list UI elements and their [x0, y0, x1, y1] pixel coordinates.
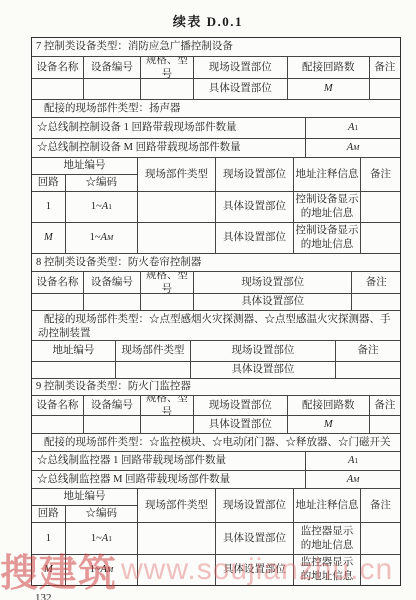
addr-info-line1: 控制设备显示 [295, 224, 358, 238]
capacityM-value: AM [306, 471, 400, 488]
section8-address-header-row: 地址编号 现场部件类型 现场设置部位 备注 [32, 341, 400, 362]
value-M: M [324, 82, 333, 96]
addr-info-header: 地址注释信息 [294, 489, 361, 522]
subscript-1: 1 [108, 203, 112, 211]
section9-address-row-1: 1 1~A1 具体设置部位 监控器显示 的地址信息 [32, 523, 400, 555]
empty-cell [352, 294, 399, 310]
note-header: 备注 [336, 341, 400, 361]
addr-no-header: 地址编号 [32, 489, 137, 506]
site-location-header: 现场设置部位 [191, 341, 336, 361]
section8-title-row: 8 控制类设备类型：防火卷帘控制器 [32, 254, 400, 272]
section7-parts-text: 配接的现场部件类型：扬声器 [32, 100, 400, 117]
site-location-header: 现场设置部位 [194, 396, 288, 415]
note-header: 备注 [370, 57, 400, 78]
specific-location-cell: 具体设置部位 [194, 294, 353, 310]
loop-value: 1 [32, 523, 66, 554]
addr-no-header: 地址编号 [32, 158, 137, 175]
empty-cell [141, 416, 194, 433]
loop-value: M [32, 223, 66, 253]
section8-parts-row: 配接的现场部件类型：☆点型感烟火灾探测器、☆点型感温火灾探测器、手动控制装置 [32, 311, 400, 341]
capacity1-label: ☆总线制控制设备 1 回路带载现场部件数量 [32, 118, 306, 138]
subscript-M: M [107, 566, 113, 574]
range-prefix: 1~ [90, 231, 101, 245]
section9-address-header-row: 地址编号 回路 ☆编码 现场部件类型 现场设置部位 地址注释信息 备注 [32, 489, 400, 523]
equip-name-header: 设备名称 [32, 396, 84, 415]
specific-location-cell: 具体设置部位 [216, 523, 294, 554]
empty-cell [361, 223, 400, 253]
empty-cell [361, 555, 400, 585]
part-type-header: 现场部件类型 [116, 341, 191, 361]
site-location-header: 现场设置部位 [216, 158, 294, 191]
equip-name-header: 设备名称 [32, 57, 84, 78]
part-type-header: 现场部件类型 [138, 489, 216, 522]
addr-info-cell: 监控器显示 的地址信息 [294, 523, 361, 554]
value-M: M [324, 418, 333, 432]
empty-cell [361, 523, 400, 554]
addr-no-subheaders: 回路 ☆编码 [32, 175, 137, 192]
empty-cell [141, 294, 194, 310]
section9-equipment-value-row: 具体设置部位 M [32, 416, 400, 434]
equip-no-header: 设备编号 [84, 57, 141, 78]
spec-model-header: 规格、型号 [141, 272, 194, 293]
code-subheader: ☆编码 [66, 506, 137, 523]
code-range-cell: 1~AM [66, 555, 138, 585]
empty-cell [84, 79, 141, 99]
section7-title: 7 控制类设备类型：消防应急广播控制设备 [32, 38, 400, 56]
section7-address-row-M: M 1~AM 具体设置部位 控制设备显示 的地址信息 [32, 223, 400, 254]
note-header: 备注 [361, 158, 400, 191]
empty-cell [361, 192, 400, 222]
capacity1-label: ☆总线制监控器 1 回路带载现场部件数量 [32, 452, 306, 470]
section9-parts-row: 配接的现场部件类型：☆监控模块、☆电动闭门器、☆释放器、☆门磁开关 [32, 434, 400, 452]
empty-cell [32, 79, 84, 99]
empty-cell [84, 416, 141, 433]
section9-equipment-header-row: 设备名称 设备编号 规格、型号 现场设置部位 配接回路数 备注 [32, 396, 400, 416]
addr-info-cell: 监控器显示 的地址信息 [294, 555, 361, 585]
empty-cell [32, 294, 84, 310]
code-range-cell: 1~A1 [66, 192, 138, 222]
section7-equipment-value-row: 具体设置部位 M [32, 79, 400, 100]
addr-no-header: 地址编号 [32, 341, 116, 361]
subscript-M: M [107, 234, 113, 242]
note-header: 备注 [361, 489, 400, 522]
note-header: 备注 [352, 272, 399, 293]
empty-cell [336, 362, 400, 378]
section7-address-header-row: 地址编号 回路 ☆编码 现场部件类型 现场设置部位 地址注释信息 备注 [32, 158, 400, 192]
capacity1-value: A1 [306, 452, 400, 470]
addr-info-line2: 的地址信息 [301, 238, 354, 252]
addr-info-header: 地址注释信息 [294, 158, 361, 191]
loop-count-header: 配接回路数 [288, 396, 370, 415]
part-type-header: 现场部件类型 [138, 158, 216, 191]
code-range-cell: 1~AM [66, 223, 138, 253]
section8-equipment-value-row: 具体设置部位 [32, 294, 400, 311]
subscript-1: 1 [108, 535, 112, 543]
loop-count-value: M [288, 416, 370, 433]
addr-info-line1: 监控器显示 [301, 556, 354, 570]
specific-location-cell: 具体设置部位 [216, 555, 294, 585]
empty-cell [138, 192, 216, 222]
specific-location-cell: 具体设置部位 [216, 192, 294, 222]
subscript-M: M [353, 144, 359, 152]
section7-address-row-1: 1 1~A1 具体设置部位 控制设备显示 的地址信息 [32, 192, 400, 223]
equip-no-header: 设备编号 [84, 396, 141, 415]
subscript-1: 1 [354, 124, 358, 132]
section9-capacity1-row: ☆总线制监控器 1 回路带载现场部件数量 A1 [32, 452, 400, 471]
note-header: 备注 [370, 396, 400, 415]
page-number: 132 [35, 592, 52, 600]
capacity1-value: A1 [306, 118, 400, 138]
section9-title-row: 9 控制类设备类型：防火门监控器 [32, 379, 400, 396]
section9-title: 9 控制类设备类型：防火门监控器 [32, 379, 400, 395]
range-prefix: 1~ [91, 200, 102, 214]
empty-cell [370, 79, 400, 99]
addr-no-group-header: 地址编号 回路 ☆编码 [32, 158, 138, 191]
specific-location-cell: 具体设置部位 [194, 79, 288, 99]
addr-info-cell: 控制设备显示 的地址信息 [294, 223, 361, 253]
empty-cell [138, 555, 216, 585]
capacityM-label: ☆总线制控制设备 M 回路带载现场部件数量 [32, 139, 306, 157]
addr-no-group-header: 地址编号 回路 ☆编码 [32, 489, 138, 522]
addr-info-line1: 监控器显示 [301, 525, 354, 539]
equip-no-header: 设备编号 [84, 272, 141, 293]
site-location-header: 现场设置部位 [194, 272, 353, 293]
capacityM-label: ☆总线制监控器 M 回路带载现场部件数量 [32, 471, 306, 488]
addr-info-line2: 的地址信息 [301, 207, 354, 221]
addr-info-line1: 控制设备显示 [295, 193, 358, 207]
section8-title: 8 控制类设备类型：防火卷帘控制器 [32, 254, 400, 271]
empty-cell [138, 223, 216, 253]
spec-model-header: 规格、型号 [141, 396, 194, 415]
section9-address-row-M: M 1~AM 具体设置部位 监控器显示 的地址信息 [32, 555, 400, 585]
spec-model-header: 规格、型号 [141, 57, 194, 78]
section7-capacity1-row: ☆总线制控制设备 1 回路带载现场部件数量 A1 [32, 118, 400, 139]
equip-name-header: 设备名称 [32, 272, 84, 293]
empty-cell [32, 416, 84, 433]
range-prefix: 1~ [90, 563, 101, 577]
empty-cell [116, 362, 191, 378]
section9-parts-text: 配接的现场部件类型：☆监控模块、☆电动闭门器、☆释放器、☆门磁开关 [32, 434, 400, 451]
section7-capacityM-row: ☆总线制控制设备 M 回路带载现场部件数量 AM [32, 139, 400, 158]
site-location-header: 现场设置部位 [194, 57, 288, 78]
addr-no-subheaders: 回路 ☆编码 [32, 506, 137, 523]
addr-info-line2: 的地址信息 [301, 570, 354, 584]
addr-info-cell: 控制设备显示 的地址信息 [294, 192, 361, 222]
loop-count-header: 配接回路数 [288, 57, 370, 78]
subscript-M: M [353, 476, 359, 484]
page-title: 续表 D.0.1 [0, 11, 416, 30]
empty-cell [138, 523, 216, 554]
empty-cell [141, 79, 194, 99]
document-page: { "page": { "title": "续表 D.0.1", "page_n… [0, 0, 416, 600]
section8-address-value-row: 具体设置部位 [32, 362, 400, 379]
section8-parts-text: 配接的现场部件类型：☆点型感烟火灾探测器、☆点型感温火灾探测器、手动控制装置 [32, 311, 400, 340]
value-M: M [44, 231, 53, 245]
specific-location-cell: 具体设置部位 [191, 362, 336, 378]
section9-capacityM-row: ☆总线制监控器 M 回路带载现场部件数量 AM [32, 471, 400, 489]
loop-subheader: 回路 [32, 506, 66, 523]
empty-cell [84, 294, 141, 310]
empty-cell [32, 362, 116, 378]
range-prefix: 1~ [91, 532, 102, 546]
subscript-1: 1 [354, 457, 358, 465]
site-location-header: 现场设置部位 [216, 489, 294, 522]
section7-equipment-header-row: 设备名称 设备编号 规格、型号 现场设置部位 配接回路数 备注 [32, 57, 400, 79]
specific-location-cell: 具体设置部位 [216, 223, 294, 253]
continuation-table: 7 控制类设备类型：消防应急广播控制设备 设备名称 设备编号 规格、型号 现场设… [31, 37, 401, 586]
capacityM-value: AM [306, 139, 400, 157]
code-subheader: ☆编码 [66, 175, 137, 192]
specific-location-cell: 具体设置部位 [194, 416, 288, 433]
section7-title-row: 7 控制类设备类型：消防应急广播控制设备 [32, 38, 400, 57]
loop-value: M [32, 555, 66, 585]
loop-value: 1 [32, 192, 66, 222]
section8-equipment-header-row: 设备名称 设备编号 规格、型号 现场设置部位 备注 [32, 272, 400, 294]
addr-info-line2: 的地址信息 [301, 539, 354, 553]
value-M: M [44, 563, 53, 577]
code-range-cell: 1~A1 [66, 523, 138, 554]
empty-cell [370, 416, 400, 433]
loop-subheader: 回路 [32, 175, 66, 192]
loop-count-value: M [288, 79, 370, 99]
section7-parts-row: 配接的现场部件类型：扬声器 [32, 100, 400, 118]
